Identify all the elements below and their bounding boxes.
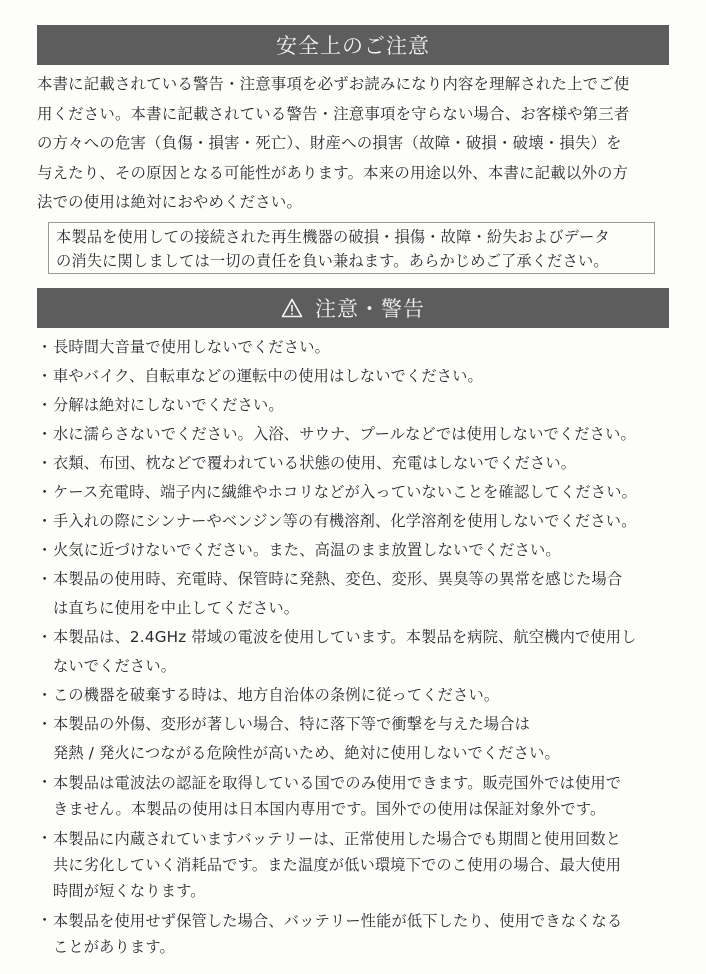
list-item-text: 本製品は、2.4GHz 帯域の電波を使用しています。本製品を病院、航空機内で使用… [53, 623, 687, 652]
bullet-icon: ・ [37, 420, 52, 449]
bullet-icon: ・ [37, 710, 52, 739]
list-item-text: 本製品を使用せず保管した場合、バッテリー性能が低下したり、使用できなくなる [53, 908, 687, 934]
list-item-text: 長時間大音量で使用しないでください。 [53, 333, 687, 362]
bullet-icon: ・ [37, 333, 52, 362]
list-item: ・ 手入れの際にシンナーやベンジン等の有機溶剤、化学溶剤を使用しないでください。 [37, 507, 687, 536]
list-item-text: 車やバイク、自転車などの運転中の使用はしないでください。 [53, 362, 687, 391]
list-item: ・ 分解は絶対にしないでください。 [37, 391, 687, 420]
bullet-icon: ・ [37, 362, 52, 391]
paragraph-line: 与えたり、その原因となる可能性があります。本来の用途以外、本書に記載以外の方 [37, 159, 677, 189]
caution-list: ・ 長時間大音量で使用しないでください。 ・ 車やバイク、自転車などの運転中の使… [37, 333, 687, 962]
list-item-text: ないでください。 [53, 652, 687, 681]
bullet-icon: ・ [37, 824, 52, 853]
list-item-text: 本製品の外傷、変形が著しい場合、特に落下等で衝撃を与えた場合は [53, 710, 687, 739]
bullet-icon: ・ [37, 449, 52, 478]
bullet-icon: ・ [37, 478, 52, 507]
list-item: ・ 車やバイク、自転車などの運転中の使用はしないでください。 [37, 362, 687, 391]
list-item-text: 分解は絶対にしないでください。 [53, 391, 687, 420]
bullet-icon: ・ [37, 623, 52, 652]
section-title-caution-warning: 注意・警告 [315, 293, 425, 323]
paragraph-line: 用ください。本書に記載されている警告・注意事項を守らない場合、お客様や第三者 [37, 100, 677, 130]
list-item: ・ 本製品の使用時、充電時、保管時に発熱、変色、変形、異臭等の異常を感じた場合 … [37, 565, 687, 623]
section-title-safety: 安全上のご注意 [276, 30, 430, 60]
list-item: ・ 水に濡らさないでください。入浴、サウナ、プールなどでは使用しないでください。 [37, 420, 687, 449]
list-item-text: この機器を破棄する時は、地方自治体の条例に従ってください。 [53, 681, 687, 710]
paragraph-line: 本書に記載されている警告・注意事項を必ずお読みになり内容を理解された上でご使 [37, 70, 677, 100]
list-item-text: 本製品の使用時、充電時、保管時に発熱、変色、変形、異臭等の異常を感じた場合 [53, 565, 687, 594]
list-item-text: 衣類、布団、枕などで覆われている状態の使用、充電はしないでください。 [53, 449, 687, 478]
list-item-text: 本製品は電波法の認証を取得している国でのみ使用できます。販売国外では使用で [53, 770, 687, 796]
bullet-icon: ・ [37, 565, 52, 594]
list-item: ・ 本製品は電波法の認証を取得している国でのみ使用できます。販売国外では使用で … [37, 768, 687, 824]
list-item-text: 発熱 / 発火につながる危険性が高いため、絶対に使用しないでください。 [53, 739, 687, 768]
list-item-text: ケース充電時、端子内に繊維やホコリなどが入っていないことを確認してください。 [53, 478, 687, 507]
list-item: ・ 火気に近づけないでください。また、高温のまま放置しないでください。 [37, 536, 687, 565]
bullet-icon: ・ [37, 681, 52, 710]
list-item: ・ 本製品に内蔵されていますバッテリーは、正常使用した場合でも期間と使用回数と … [37, 824, 687, 906]
section-header-safety: 安全上のご注意 [37, 25, 669, 65]
list-item-text: 手入れの際にシンナーやベンジン等の有機溶剤、化学溶剤を使用しないでください。 [53, 507, 687, 536]
list-item: ・ 衣類、布団、枕などで覆われている状態の使用、充電はしないでください。 [37, 449, 687, 478]
list-item-text: 共に劣化していく消耗品です。また温度が低い環境下でのこ使用の場合、最大使用 [53, 852, 687, 878]
list-item: ・ 本製品を使用せず保管した場合、バッテリー性能が低下したり、使用できなくなる … [37, 906, 687, 962]
bullet-icon: ・ [37, 391, 52, 420]
bullet-icon: ・ [37, 536, 52, 565]
bullet-icon: ・ [37, 507, 52, 536]
list-item: ・ ケース充電時、端子内に繊維やホコリなどが入っていないことを確認してください。 [37, 478, 687, 507]
bullet-icon: ・ [37, 906, 52, 935]
disclaimer-box: 本製品を使用しての接続された再生機器の破損・損傷・故障・紛失およびデータ の消失… [48, 222, 655, 274]
list-item-text: 時間が短くなります。 [53, 878, 687, 904]
list-item-text: 本製品に内蔵されていますバッテリーは、正常使用した場合でも期間と使用回数と [53, 826, 687, 852]
list-item-text: は直ちに使用を中止してください。 [53, 594, 687, 623]
paragraph-line: の方々への危害（負傷・損害・死亡）、財産への損害（故障・破損・破壊・損失）を [37, 129, 677, 159]
safety-intro-paragraph: 本書に記載されている警告・注意事項を必ずお読みになり内容を理解された上でご使 用… [37, 70, 677, 218]
warning-triangle-icon [281, 298, 303, 318]
disclaimer-line: の消失に関しましては一切の責任を負い兼ねます。あらかじめご了承ください。 [56, 249, 654, 273]
list-item: ・ 本製品の外傷、変形が著しい場合、特に落下等で衝撃を与えた場合は 発熱 / 発… [37, 710, 687, 768]
list-item-text: ことがあります。 [53, 934, 687, 960]
list-item: ・ この機器を破棄する時は、地方自治体の条例に従ってください。 [37, 681, 687, 710]
list-item-text: 火気に近づけないでください。また、高温のまま放置しないでください。 [53, 536, 687, 565]
list-item-text: 水に濡らさないでください。入浴、サウナ、プールなどでは使用しないでください。 [53, 420, 687, 449]
disclaimer-line: 本製品を使用しての接続された再生機器の破損・損傷・故障・紛失およびデータ [56, 225, 654, 249]
paragraph-line: 法での使用は絶対におやめください。 [37, 188, 677, 218]
section-header-caution-warning: 注意・警告 [37, 288, 669, 328]
list-item: ・ 長時間大音量で使用しないでください。 [37, 333, 687, 362]
bullet-icon: ・ [37, 768, 52, 797]
list-item: ・ 本製品は、2.4GHz 帯域の電波を使用しています。本製品を病院、航空機内で… [37, 623, 687, 681]
list-item-text: きません。本製品の使用は日本国内専用です。国外での使用は保証対象外です。 [53, 796, 687, 822]
